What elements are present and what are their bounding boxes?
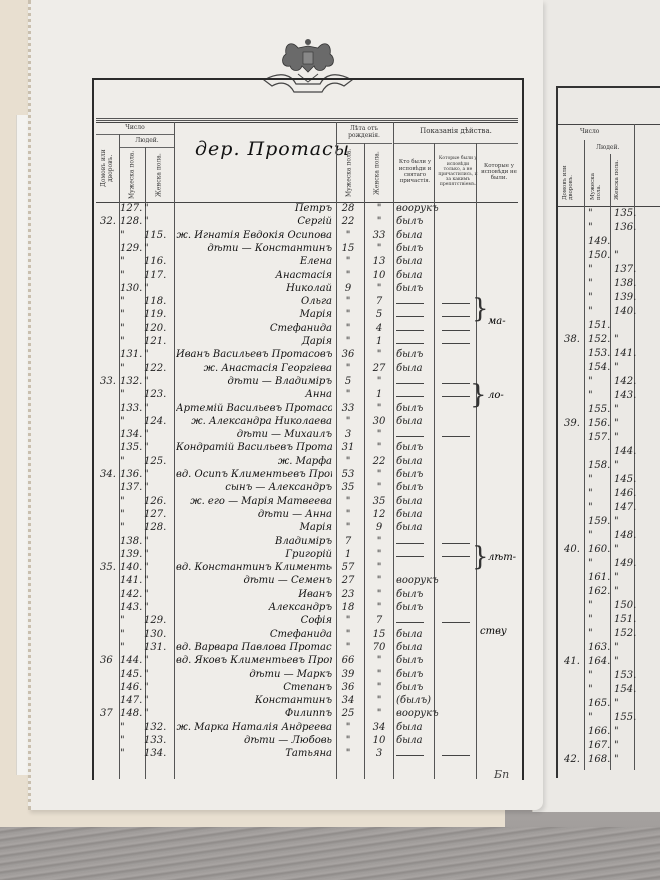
male-count: 155. [588,404,610,415]
male-count: 168. [588,754,610,765]
table-row: 159." [556,516,660,529]
age-male: 15 [336,243,360,254]
female-count: " [614,586,619,597]
female-count: " [144,589,172,600]
table-row: 154." [556,362,660,375]
confession-status: была [396,416,456,427]
confession-status: былъ [396,682,456,693]
female-count: 124. [144,416,172,427]
age-male: " [336,456,360,467]
person-name: Ольга [176,296,332,307]
male-count: 143. [120,602,142,613]
age-female: " [366,442,392,453]
table-row: "137. [556,264,660,277]
male-count: " [588,614,593,625]
confession-status: была [396,642,456,653]
confession-status: воорукъ [396,575,456,586]
female-count: 126. [144,496,172,507]
person-name: Григорій [176,549,332,560]
age-male: " [336,496,360,507]
age-male: " [336,323,360,334]
household-number: 36 [100,655,120,666]
confession-status: былъ [396,655,456,666]
age-male: 53 [336,469,360,480]
female-count: " [614,698,619,709]
female-count: " [144,442,172,453]
table-row: "149. [556,558,660,571]
person-name: Анна [176,389,332,400]
confession-status: воорукъ [396,203,456,214]
table-row: "138. [556,278,660,291]
margin-note-3: лѣт- [488,552,516,563]
age-female: " [366,243,392,254]
female-count: " [614,544,619,555]
female-count: " [614,432,619,443]
female-count: " [144,708,172,719]
table-row: "129.Софія"7 [96,615,518,628]
age-female: " [366,708,392,719]
female-count: 120. [144,323,172,334]
household-number: 32. [100,216,120,227]
age-female: " [366,429,392,440]
age-male: 36 [336,349,360,360]
age-female: 9 [366,522,392,533]
female-count: 153. [614,670,636,681]
age-female: 3 [366,748,392,759]
table-row: "123.Анна"1 [96,389,518,402]
male-count: " [120,389,142,400]
female-count: 141. [614,348,636,359]
female-count: " [614,460,619,471]
table-row: 39.156." [556,418,660,431]
female-count: 149. [614,558,636,569]
table-row: 37148."Филиппъ25"воорукъ [96,708,518,721]
female-count: " [144,403,172,414]
male-count: " [120,336,142,347]
female-count: " [614,250,619,261]
age-female: 33 [366,230,392,241]
household-number: 40. [564,544,580,555]
male-count: " [588,628,593,639]
table-row: 146."Степанъ36"былъ [96,682,518,695]
person-name: ж. его — Марія Матвеева [176,496,332,507]
female-count: 133. [144,735,172,746]
age-male: " [336,389,360,400]
table-row: "143. [556,390,660,403]
age-female: " [366,283,392,294]
male-count: " [588,278,593,289]
male-count: 164. [588,656,610,667]
person-name: дѣти — Михаилъ [176,429,332,440]
confession-status: былъ [396,403,456,414]
table-row: "150. [556,600,660,613]
person-name: Софія [176,615,332,626]
female-count: 151. [614,614,636,625]
age-female: " [366,602,392,613]
confession-status: былъ [396,216,456,227]
male-count: " [120,456,142,467]
male-count: " [120,735,142,746]
male-count: 133. [120,403,142,414]
male-count: " [588,558,593,569]
female-count: 136. [614,222,636,233]
person-name: Татьяна [176,748,332,759]
person-name: Владиміръ [176,536,332,547]
dash-mark [442,336,482,347]
age-male: 66 [336,655,360,666]
table-row: 134."дѣти — Михаилъ3" [96,429,518,442]
header-confessed-only: Которые были у исповѣди только, а не при… [438,144,478,200]
male-count: " [588,306,593,317]
age-female: 7 [366,615,392,626]
table-row: "124.ж. Александра Николаева"30была [96,416,518,429]
female-count: 150. [614,600,636,611]
male-count: " [120,296,142,307]
male-count: 137. [120,482,142,493]
male-count: " [588,264,593,275]
table-row: "125.ж. Марфа"22была [96,456,518,469]
person-name: дѣти — Константинъ [176,243,332,254]
confession-status: былъ [396,602,456,613]
table-row: 141."дѣти — Семенъ27"воорукъ [96,575,518,588]
male-count: 161. [588,572,610,583]
age-male: 36 [336,682,360,693]
table-row: "128.Марія"9была [96,522,518,535]
confession-status: былъ [396,482,456,493]
female-count: " [614,418,619,429]
female-count: " [614,516,619,527]
confession-status: былъ [396,589,456,600]
female-count: " [144,482,172,493]
female-count: 129. [144,615,172,626]
table-row: 139."Григорій1" [96,549,518,562]
female-count: " [144,655,172,666]
age-female: " [366,682,392,693]
male-count: 165. [588,698,610,709]
table-row: "136. [556,222,660,235]
table-row: 133."Артемій Васильевъ Протасовъ33"былъ [96,403,518,416]
table-row: 150." [556,250,660,263]
female-count: 132. [144,722,172,733]
table-row: 151. [556,320,660,333]
age-female: " [366,669,392,680]
male-count: 136. [120,469,142,480]
female-count: " [144,243,172,254]
person-name: Артемій Васильевъ Протасовъ [176,403,332,414]
female-count: 116. [144,256,172,267]
brace: } [472,296,489,322]
female-count: 144. [614,446,636,457]
age-male: " [336,309,360,320]
female-count: " [144,602,172,613]
male-count: " [120,416,142,427]
female-count: 142. [614,376,636,387]
right-header-male: Мужеска пола. [590,156,602,200]
person-name: Стефанида [176,629,332,640]
female-count: 147. [614,502,636,513]
table-row: "152. [556,628,660,641]
female-count: " [144,429,172,440]
male-count: " [588,488,593,499]
age-male: 34 [336,695,360,706]
age-female: " [366,562,392,573]
female-count: 140. [614,306,636,317]
age-male: 7 [336,536,360,547]
female-count: 152. [614,628,636,639]
person-name: ж. Анастасія Георгіева [176,363,332,374]
male-count: " [588,670,593,681]
female-count: " [614,726,619,737]
male-count: " [120,270,142,281]
male-count: 134. [120,429,142,440]
person-name: Александръ [176,602,332,613]
male-count: " [120,256,142,267]
age-female: 13 [366,256,392,267]
male-count: " [588,376,593,387]
male-count: " [120,309,142,320]
table-row: 165." [556,698,660,711]
age-female: " [366,403,392,414]
table-row: 153.141. [556,348,660,361]
male-count: 157. [588,432,610,443]
rule [96,122,518,123]
table-row: 138."Владиміръ7" [96,536,518,549]
female-count: 154. [614,684,636,695]
table-row: 158." [556,460,660,473]
header-confessed: Кто были у исповѣди и святаго причастія. [394,144,436,200]
desk-surface [0,827,660,880]
female-count: " [144,349,172,360]
female-count: " [144,203,172,214]
confession-status: была [396,629,456,640]
household-number: 38. [564,334,580,345]
age-female: 22 [366,456,392,467]
male-count: " [120,323,142,334]
header-male: Мужеска пола. [122,150,144,200]
male-count: 163. [588,642,610,653]
table-row: "122.ж. Анастасія Георгіева"27была [96,363,518,376]
female-count: 135. [614,208,636,219]
age-female: " [366,349,392,360]
person-name: сынъ — Александръ [176,482,332,493]
table-row: 38.152." [556,334,660,347]
confession-status: была [396,522,456,533]
female-count: 118. [144,296,172,307]
age-male: " [336,615,360,626]
age-female: " [366,549,392,560]
male-count: " [120,496,142,507]
right-header-households: Домовъ или дворовъ. [562,150,574,200]
person-name: Петръ [176,203,332,214]
male-count: 153. [588,348,610,359]
table-row: 135."Кондратій Васильевъ Протасовъ31"был… [96,442,518,455]
household-number: 33. [100,376,120,387]
person-name: дѣти — Маркъ [176,669,332,680]
male-count: 144. [120,655,142,666]
age-male: 23 [336,589,360,600]
age-male: " [336,629,360,640]
age-male: 18 [336,602,360,613]
male-count: " [120,748,142,759]
table-row: "134.Татьяна"3 [96,748,518,761]
male-count: 145. [120,669,142,680]
age-female: " [366,376,392,387]
person-name: вд. Осипъ Климентьевъ Протасовъ [176,469,332,480]
female-count: " [144,216,172,227]
confession-status: былъ [396,442,456,453]
age-male: " [336,748,360,759]
table-row: 34.136."вд. Осипъ Климентьевъ Протасовъ5… [96,469,518,482]
confession-status: воорукъ [396,708,456,719]
male-count: " [588,712,593,723]
table-row: "127.дѣти — Анна"12была [96,509,518,522]
table-row: 129."дѣти — Константинъ15"былъ [96,243,518,256]
female-count: " [144,283,172,294]
person-name: ж. Марфа [176,456,332,467]
age-male: 3 [336,429,360,440]
age-male: " [336,735,360,746]
table-row: 41.164." [556,656,660,669]
header-people-group: Людей. [120,135,174,147]
male-count: 131. [120,349,142,360]
table-row: 147."Константинъ34"(былъ) [96,695,518,708]
female-count: " [614,642,619,653]
brace: } [470,382,487,408]
household-number: 42. [564,754,580,765]
male-count: 128. [120,216,142,227]
brace: } [472,544,489,570]
household-number: 35. [100,562,120,573]
table-row: 130."Николай9"былъ [96,283,518,296]
male-count: 129. [120,243,142,254]
age-female: 30 [366,416,392,427]
male-count: " [120,615,142,626]
table-row: 144. [556,446,660,459]
age-female: " [366,695,392,706]
table-row: "153. [556,670,660,683]
male-count: " [588,222,593,233]
person-name: Стефанида [176,323,332,334]
person-name: Елена [176,256,332,267]
female-count: 123. [144,389,172,400]
male-count: " [120,230,142,241]
table-row: 149. [556,236,660,249]
right-header-number: Число [580,128,599,135]
table-row: 137."сынъ — Александръ35"былъ [96,482,518,495]
female-count: 125. [144,456,172,467]
age-female: 5 [366,309,392,320]
person-name: Анастасія [176,270,332,281]
female-count: 137. [614,264,636,275]
confession-status: былъ [396,349,456,360]
female-count: " [614,754,619,765]
confession-status: былъ [396,669,456,680]
age-male: 1 [336,549,360,560]
confession-status: была [396,270,456,281]
age-female: 70 [366,642,392,653]
person-name: Дарія [176,336,332,347]
age-female: 10 [366,270,392,281]
female-count: 130. [144,629,172,640]
person-name: Кондратій Васильевъ Протасовъ [176,442,332,453]
confession-status: была [396,496,456,507]
confession-status: была [396,256,456,267]
male-count: 152. [588,334,610,345]
age-male: " [336,509,360,520]
age-female: " [366,469,392,480]
rule [558,206,660,207]
male-count: 130. [120,283,142,294]
household-number: 41. [564,656,580,667]
male-count: 150. [588,250,610,261]
female-count: 139. [614,292,636,303]
rule [120,147,174,148]
person-name: дѣти — Анна [176,509,332,520]
male-count: 160. [588,544,610,555]
male-count: " [120,642,142,653]
table-row: "130.Стефанида"15была [96,629,518,642]
rule [558,124,660,125]
confession-status: (былъ) [396,695,456,706]
male-count: " [120,363,142,374]
person-name: Марія [176,522,332,533]
female-count: " [614,740,619,751]
person-name: ж. Марка Наталія Андреева [176,722,332,733]
header-age-female: Женска пола. [366,146,390,200]
male-count: 142. [120,589,142,600]
female-count: " [614,656,619,667]
age-male: " [336,256,360,267]
male-count: 141. [120,575,142,586]
age-male: " [336,230,360,241]
female-count: " [144,549,172,560]
male-count: " [588,390,593,401]
right-header-female: Женска пола. [614,156,620,200]
female-count: " [614,334,619,345]
dash-mark [442,615,482,626]
age-male: 5 [336,376,360,387]
age-female: " [366,482,392,493]
person-name: Константинъ [176,695,332,706]
female-count: " [144,669,172,680]
male-count: 127. [120,203,142,214]
female-count: " [144,376,172,387]
confession-status: былъ [396,283,456,294]
female-count: 148. [614,530,636,541]
female-count: " [614,362,619,373]
confession-status: былъ [396,243,456,254]
age-male: " [336,270,360,281]
female-count: 138. [614,278,636,289]
female-count: " [144,536,172,547]
male-count: " [588,600,593,611]
age-male: 9 [336,283,360,294]
male-count: 149. [588,236,610,247]
male-count: 151. [588,320,610,331]
male-count: 147. [120,695,142,706]
margin-note-1: ма- [488,316,506,327]
header-number-group: Число [96,122,174,134]
male-count: 154. [588,362,610,373]
age-male: 31 [336,442,360,453]
confession-status: былъ [396,469,456,480]
table-row: "147. [556,502,660,515]
male-count: 167. [588,740,610,751]
confession-status: была [396,509,456,520]
female-count: 128. [144,522,172,533]
person-name: Иванъ Васильевъ Протасовъ [176,349,332,360]
table-row: "154. [556,684,660,697]
